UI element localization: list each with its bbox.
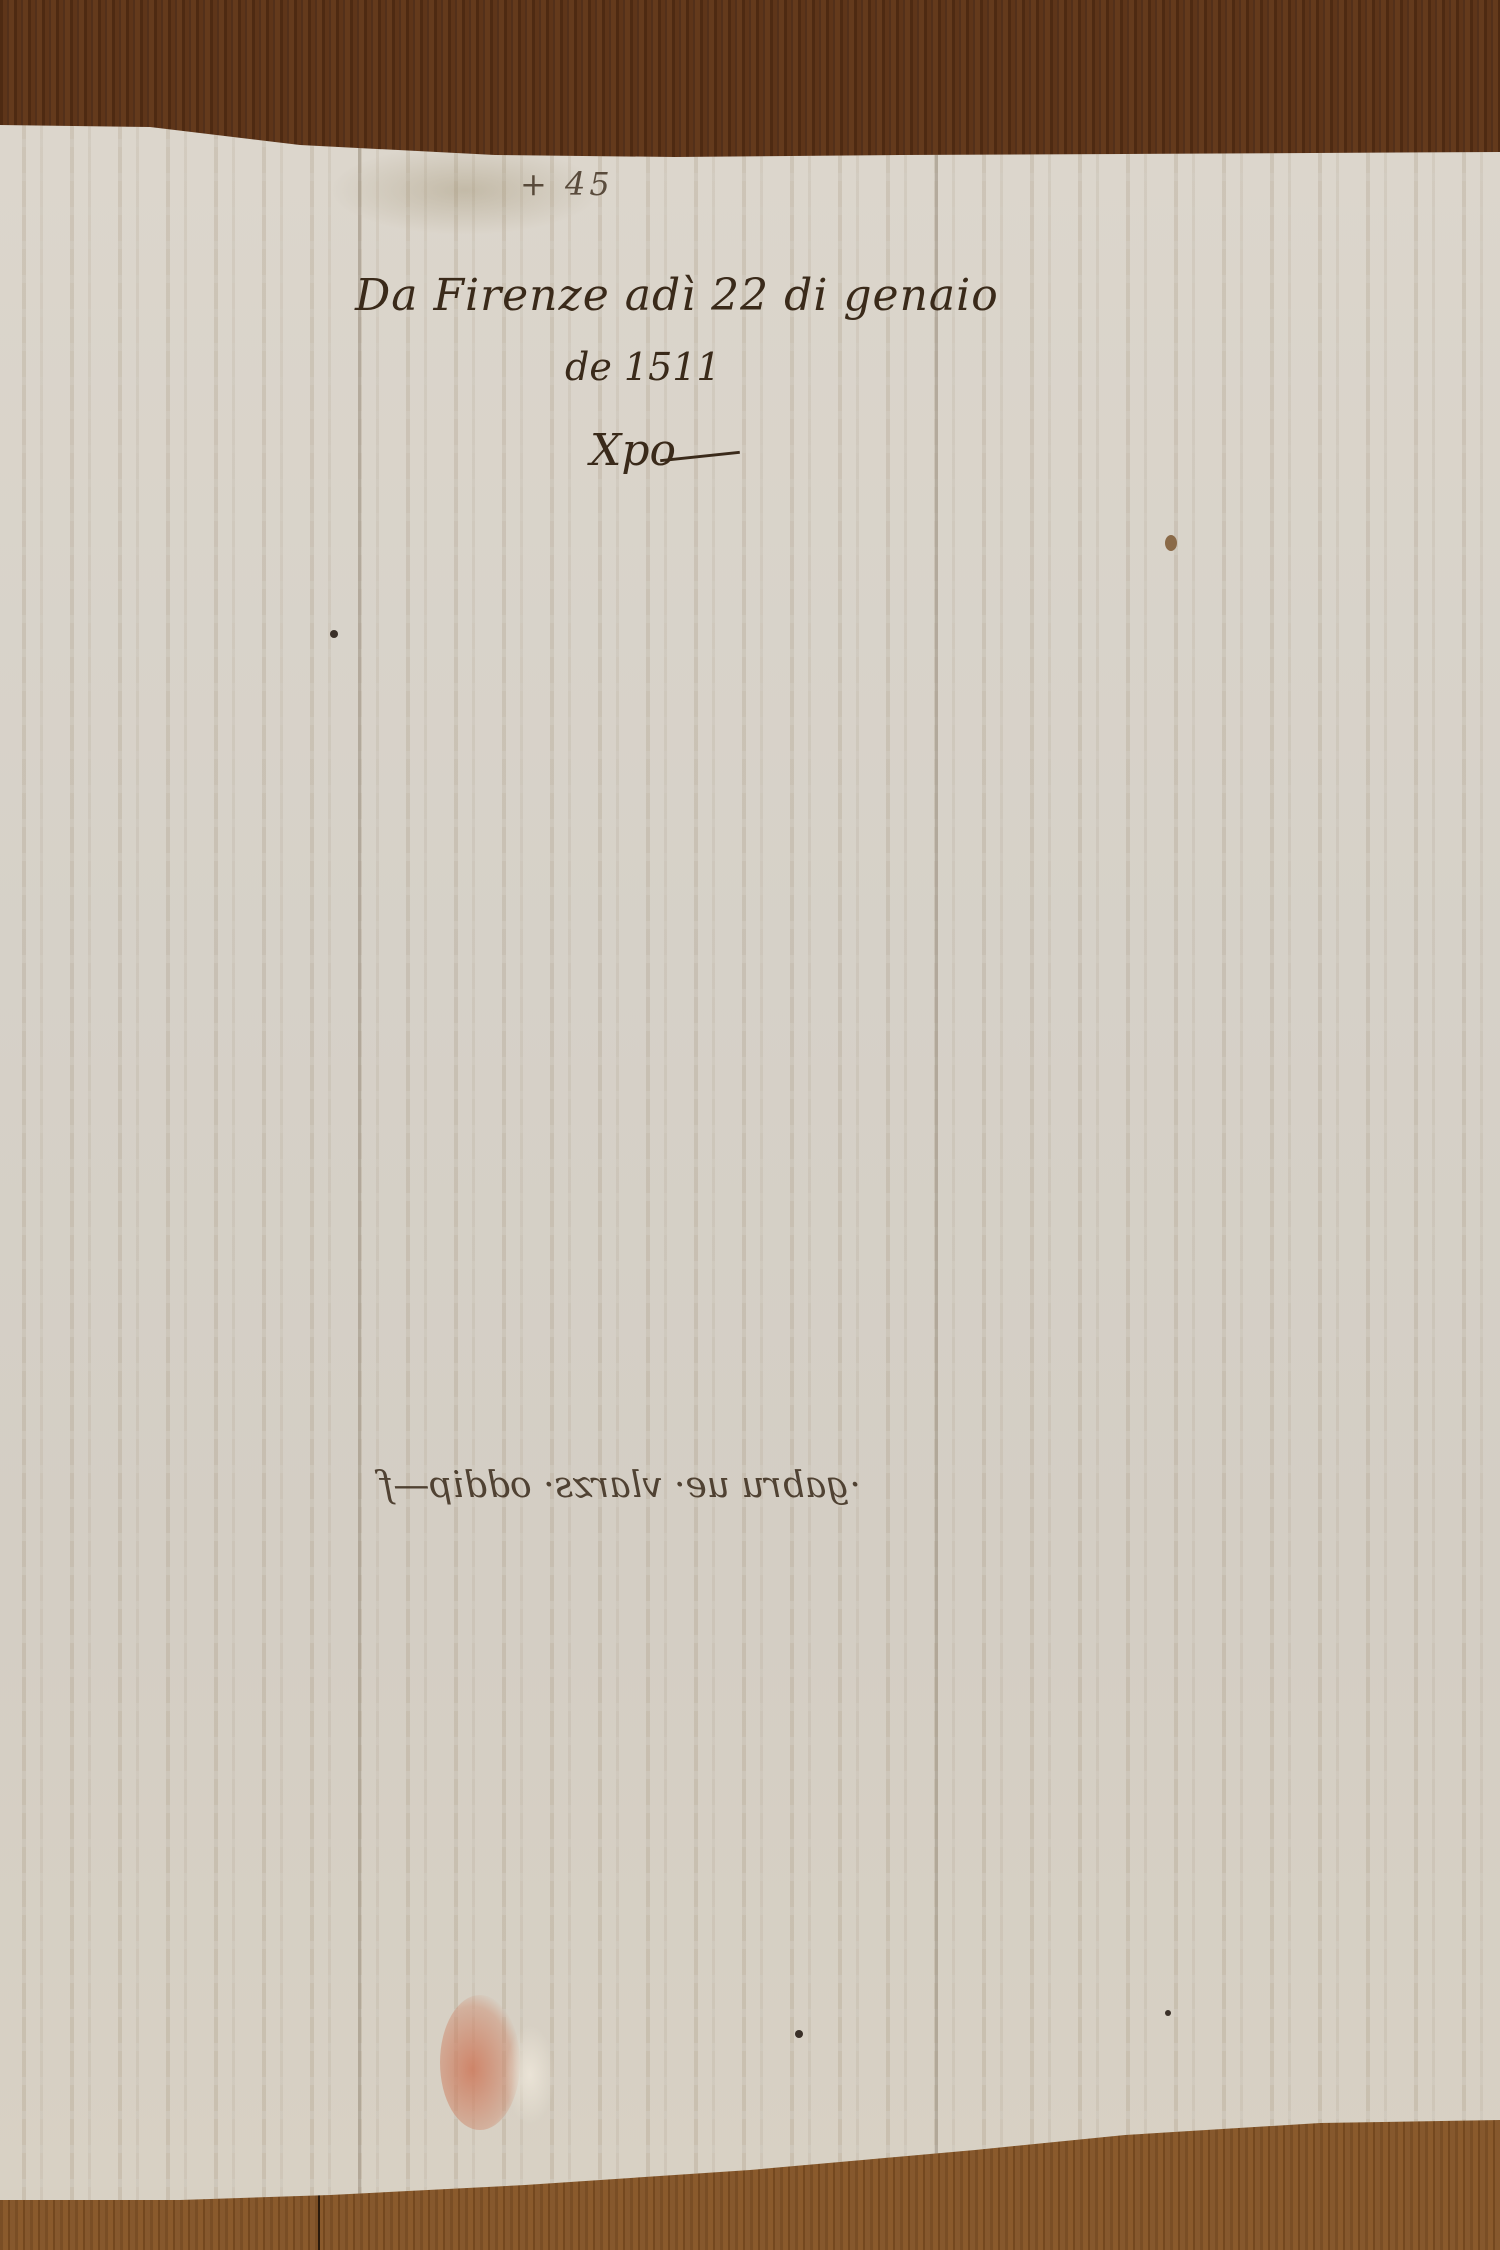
folio-number: + 45 [520, 165, 614, 203]
ink-speck [795, 2030, 803, 2038]
ink-speck [1165, 2010, 1171, 2016]
endorsement-place-date: Da Firenze adì 22 di genaio [355, 270, 999, 321]
christogram-mark: Xpo [590, 425, 676, 476]
fold-line-right [935, 125, 938, 2200]
bleed-through-texture [0, 125, 1500, 2200]
wax-seal-residue [505, 2025, 555, 2125]
manuscript-sheet: + 45 Da Firenze adì 22 di genaio de 1511… [0, 125, 1500, 2200]
ink-blot [1165, 535, 1177, 551]
endorsement-year: de 1511 [565, 345, 721, 389]
mirrored-address-line: ·gabru ue· vlarzs· oddip—f [380, 1465, 861, 1506]
fold-line-left [358, 125, 361, 2200]
ink-speck [330, 630, 338, 638]
